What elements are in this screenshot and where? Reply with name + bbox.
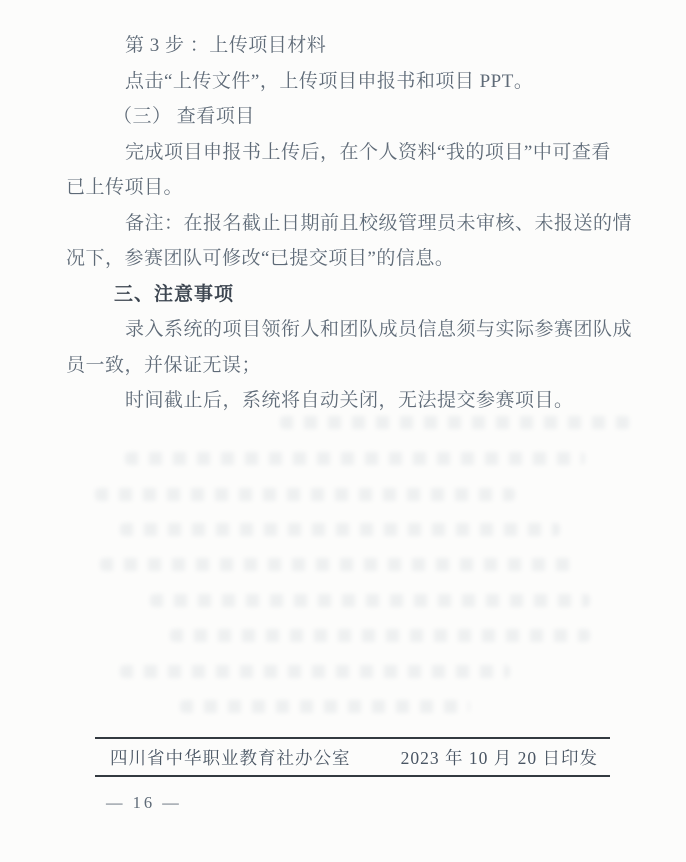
- footer-issue-date: 2023 年 10 月 20 日印发: [401, 745, 598, 770]
- bleedthrough-artifact: [95, 488, 515, 501]
- body-line-step3: 第 3 步 ：上传项目材料: [66, 28, 626, 64]
- bleedthrough-artifact: [100, 558, 580, 571]
- body-line-note-1: 备注：在报名截止日期前且校级管理员未审核、未报送的情: [66, 206, 626, 242]
- document-page: 第 3 步 ：上传项目材料 点击“上传文件”，上传项目申报书和项目 PPT。 （…: [0, 0, 686, 862]
- body-line-click-upload: 点击“上传文件”，上传项目申报书和项目 PPT。: [66, 64, 626, 100]
- body-line-view-1: 完成项目申报书上传后，在个人资料“我的项目”中可查看: [66, 135, 626, 171]
- body-line-view-2: 已上传项目。: [66, 170, 626, 206]
- bleedthrough-artifact: [280, 416, 630, 429]
- bleedthrough-artifact: [120, 523, 560, 536]
- bleedthrough-artifact: [180, 700, 470, 713]
- page-number: — 16 —: [106, 793, 182, 813]
- body-line-note-2: 况下，参赛团队可修改“已提交项目”的信息。: [66, 241, 626, 277]
- document-body: 第 3 步 ：上传项目材料 点击“上传文件”，上传项目申报书和项目 PPT。 （…: [66, 28, 626, 419]
- footer-issuing-office: 四川省中华职业教育社办公室: [110, 745, 351, 770]
- bleedthrough-artifact: [125, 452, 585, 465]
- bleedthrough-artifact: [170, 629, 590, 642]
- body-line-section-view: （三） 查看项目: [66, 99, 626, 135]
- body-line-notes-1a: 录入系统的项目领衔人和团队成员信息须与实际参赛团队成: [66, 312, 626, 348]
- bleedthrough-artifact: [120, 665, 510, 678]
- footer-block: 四川省中华职业教育社办公室 2023 年 10 月 20 日印发: [95, 737, 610, 777]
- body-line-notes-1b: 员一致，并保证无误；: [66, 348, 626, 384]
- body-line-notes-2: 时间截止后，系统将自动关闭，无法提交参赛项目。: [66, 383, 626, 419]
- bleedthrough-artifact: [150, 594, 590, 607]
- section-heading-notes: 三、注意事项: [66, 277, 626, 313]
